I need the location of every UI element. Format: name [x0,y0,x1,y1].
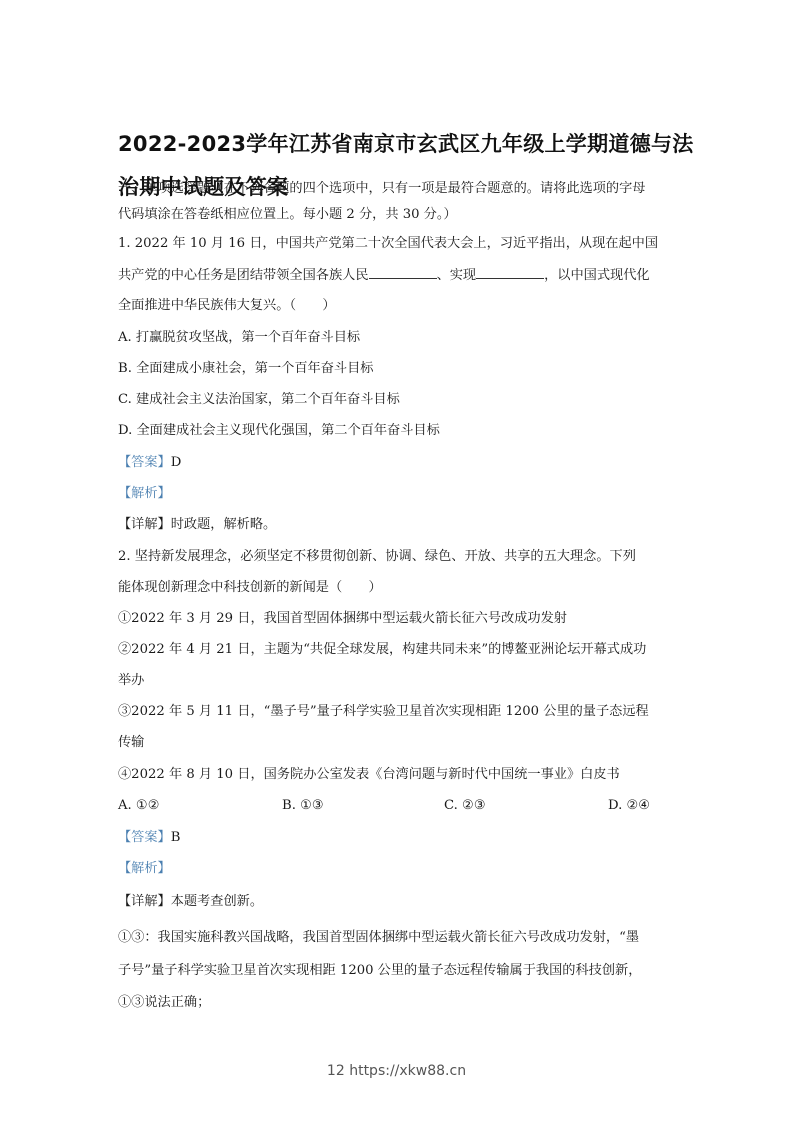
q2-analysis-label: 【解析】 [118,861,171,876]
q2-item-4: ④2022 年 8 月 10 日，国务院办公室发表《台湾问题与新时代中国统一事业… [118,766,688,784]
q2-item-3-cont: 传输 [118,734,688,752]
footer-url-link[interactable]: https://xkw88.cn [349,1063,466,1079]
q1-blank-2 [476,266,544,279]
q1-answer-value: D [171,455,182,470]
q1-stem-text-c: ，以中国式现代化 [544,268,650,283]
page-number: 12 [327,1063,345,1079]
q2-stem-line-2: 能体现创新理念中科技创新的新闻是（ ） [118,579,688,597]
q2-options-row: A. ①② B. ①③ C. ②③ D. ②④ [118,797,688,815]
q2-answer-value: B [171,830,181,845]
q1-detail-text: 时政题，解析略。 [171,517,277,532]
q2-option-d: D. ②④ [608,797,650,815]
q2-item-3: ③2022 年 5 月 11 日，“墨子号”量子科学实验卫星首次实现相距 120… [118,703,688,721]
q2-detail-label: 【详解】 [118,894,171,909]
q1-option-d: D. 全面建成社会主义现代化强国，第二个百年奋斗目标 [118,422,688,440]
q1-stem-line-3: 全面推进中华民族伟大复兴。（ ） [118,297,688,315]
q1-blank-1 [369,266,437,279]
q2-item-2-cont: 举办 [118,672,688,690]
document-page: 2022-2023学年江苏省南京市玄武区九年级上学期道德与法 治期中试题及答案 … [0,0,793,1122]
q1-analysis: 【解析】 [118,485,688,503]
section-header-line-2: 代码填涂在答卷纸相应位置上。每小题 2 分，共 30 分。） [118,206,688,224]
q2-option-b: B. ①③ [282,797,324,815]
q1-analysis-label: 【解析】 [118,486,171,501]
q2-answer: 【答案】B [118,829,688,847]
q1-option-c: C. 建成社会主义法治国家，第二个百年奋斗目标 [118,391,688,409]
q1-detail: 【详解】时政题，解析略。 [118,516,688,534]
q2-explanation-line-1: ①③：我国实施科教兴国战略，我国首型固体捆绑中型运载火箭长征六号改成功发射，“墨 [118,929,688,947]
q1-answer: 【答案】D [118,454,688,472]
q1-answer-label: 【答案】 [118,455,171,470]
q2-analysis: 【解析】 [118,860,688,878]
q1-stem-text-b: 、实现 [437,268,477,283]
q2-option-a: A. ①② [118,797,160,815]
q1-option-b: B. 全面建成小康社会，第一个百年奋斗目标 [118,360,688,378]
document-title-line-1: 2022-2023学年江苏省南京市玄武区九年级上学期道德与法 [118,128,688,158]
q1-option-a: A. 打赢脱贫攻坚战，第一个百年奋斗目标 [118,329,688,347]
q1-stem-text-a: 共产党的中心任务是团结带领全国各族人民 [118,268,369,283]
q2-explanation-line-2: 子号”量子科学实验卫星首次实现相距 1200 公里的量子态远程传输属于我国的科技… [118,962,688,980]
q2-detail: 【详解】本题考查创新。 [118,893,688,911]
q2-explanation-line-3: ①③说法正确； [118,994,688,1012]
q2-stem-line-1: 2. 坚持新发展理念，必须坚定不移贯彻创新、协调、绿色、开放、共享的五大理念。下… [118,548,688,566]
q2-detail-text: 本题考查创新。 [171,894,263,909]
page-footer: 12 https://xkw88.cn [0,1063,793,1079]
section-header-line-1: 一、单项选择题（在下列各题的四个选项中，只有一项是最符合题意的。请将此选项的字母 [118,180,688,198]
q2-item-1: ①2022 年 3 月 29 日，我国首型固体捆绑中型运载火箭长征六号改成功发射 [118,610,688,628]
q2-option-c: C. ②③ [444,797,486,815]
q1-stem-line-1: 1. 2022 年 10 月 16 日，中国共产党第二十次全国代表大会上，习近平… [118,235,688,253]
q2-item-2: ②2022 年 4 月 21 日，主题为“共促全球发展，构建共同未来”的博鳌亚洲… [118,641,688,659]
q2-answer-label: 【答案】 [118,830,171,845]
q1-detail-label: 【详解】 [118,517,171,532]
q1-stem-line-2: 共产党的中心任务是团结带领全国各族人民、实现，以中国式现代化 [118,266,688,285]
